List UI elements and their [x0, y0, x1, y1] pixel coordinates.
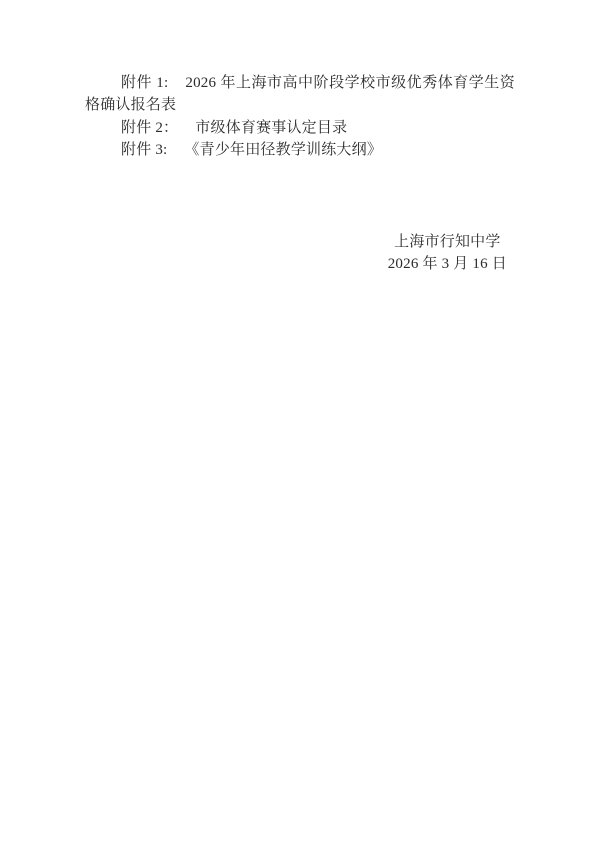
signature-organization: 上海市行知中学 [388, 231, 507, 253]
attachment-1-label: 附件 1: [121, 75, 168, 91]
document-page: 附件 1:2026 年上海市高中阶段学校市级优秀体育学生资格确认报名表 附件 2… [0, 0, 600, 841]
attachment-3-title: 《青少年田径教学训练大纲》 [184, 142, 382, 158]
document-content: 附件 1:2026 年上海市高中阶段学校市级优秀体育学生资格确认报名表 附件 2… [85, 72, 515, 275]
signature-block: 上海市行知中学 2026 年 3 月 16 日 [388, 231, 507, 276]
attachment-2-title: 市级体育赛事认定目录 [195, 120, 347, 136]
attachment-item-3: 附件 3:《青少年田径教学训练大纲》 [85, 139, 515, 161]
attachment-3-label: 附件 3: [121, 142, 167, 158]
signature-date: 2026 年 3 月 16 日 [388, 253, 507, 275]
attachment-2-label: 附件 2： [121, 120, 178, 136]
attachment-item-2: 附件 2：市级体育赛事认定目录 [85, 117, 515, 139]
attachment-item-1: 附件 1:2026 年上海市高中阶段学校市级优秀体育学生资格确认报名表 [85, 72, 515, 117]
